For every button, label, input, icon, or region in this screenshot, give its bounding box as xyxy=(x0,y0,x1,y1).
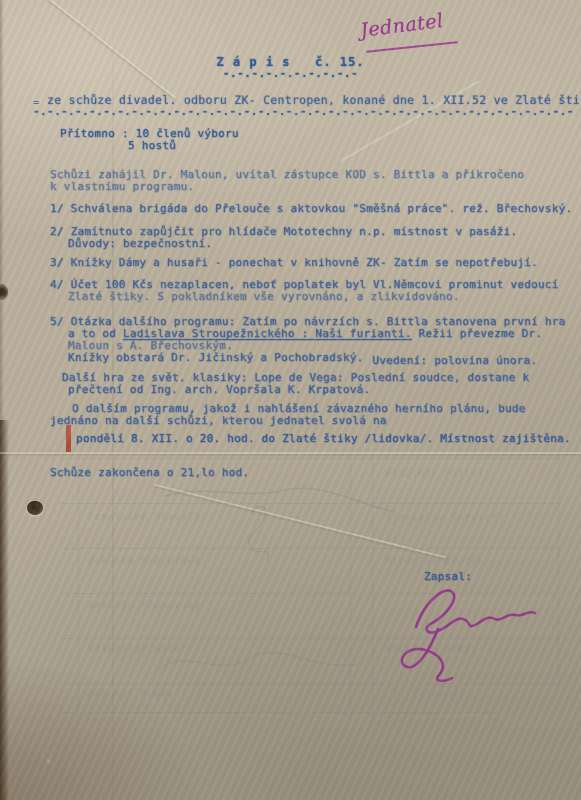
body-line: 2/ Zamítnuto zapůjčit pro hlídače Motote… xyxy=(50,226,517,237)
body-line: 3/ Knížky Dámy a husaři - ponechat v kni… xyxy=(50,257,538,268)
body-line: Knížky obstará Dr. Jičinský a Pochobrads… xyxy=(68,352,535,363)
paper-dark-left-edge xyxy=(0,420,9,800)
ghost-line: Antonín Břehovský: xyxy=(88,600,207,612)
paper-crease xyxy=(3,0,178,100)
paper-speck xyxy=(45,758,52,764)
body-line: k vlastnímu programu. xyxy=(50,181,194,192)
body-line: jednáno na další schůzi, kterou jednatel… xyxy=(50,415,387,426)
body-line: Další hra ze svět. klasiky: Lope de Vega… xyxy=(62,372,529,383)
annotation-underline-stroke xyxy=(366,41,458,53)
body-line: O dalším programu, jakož i nahlášení záv… xyxy=(72,403,526,414)
body-line: pondělí 8. XII. o 20. hod. do Zlaté štik… xyxy=(76,433,571,444)
body-line: 4/ Účet 100 Kčs nezaplacen, neboť poplat… xyxy=(50,279,559,290)
body-line: 5 hostů xyxy=(128,140,176,151)
body-line: Zlaté štiky. S pokladníkem vše vyrovnáno… xyxy=(68,291,460,302)
body-line: Maloun s A. Břechovským. xyxy=(68,340,233,351)
ghost-line: Vladimír Pittel: xyxy=(385,468,491,480)
body-line: Důvody: bezpečnostní. xyxy=(68,238,212,249)
body-line: Schůze zakončena o 21,lo hod. xyxy=(50,467,249,478)
body-line: přečtení od Ing. arch. Vopršala K. Krpat… xyxy=(68,384,370,395)
handwritten-annotation-jednatel: Jednatel xyxy=(359,4,491,42)
ghost-scribble xyxy=(155,482,415,572)
paper-crease xyxy=(112,0,114,800)
scanned-document-page: Jednatel Z á p i s č. 15. -.-.-.-.-.-.-.… xyxy=(0,0,581,800)
handwritten-signature xyxy=(378,575,558,685)
body-line: Přítomno : 10 členů výboru xyxy=(60,128,239,139)
subtitle-underline: -.-.-.-.-.-.-.-.-.-.-.-.-.-.-.-.-.-.-.-.… xyxy=(33,105,575,118)
paper-crease xyxy=(0,452,581,454)
body-line: Schůzi zahájil Dr. Maloun, uvítal zástup… xyxy=(50,169,524,180)
body-line: 1/ Schválena brigáda do Přelouče s aktov… xyxy=(50,203,572,214)
title-underline: -.-.-.-.-.-.-.-.-.- xyxy=(0,67,581,80)
punch-hole xyxy=(27,501,43,515)
ghost-scribble xyxy=(150,638,370,708)
red-margin-mark xyxy=(66,425,71,452)
ghost-line: J. Železný: xyxy=(392,688,465,700)
body-line: 5/ Otázka dalšího programu: Zatím po náv… xyxy=(50,316,565,327)
body-line: a to od Ladislava Stroupežnického : Naši… xyxy=(68,328,542,339)
